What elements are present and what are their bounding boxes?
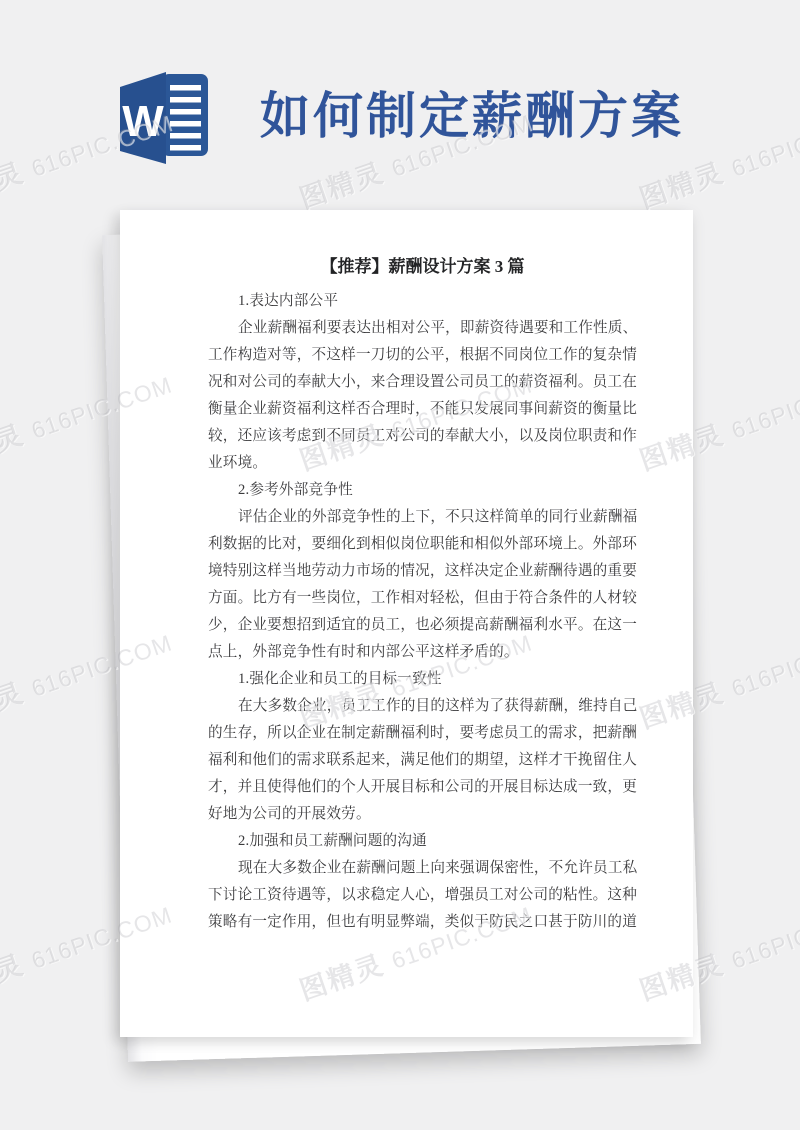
text-line: 方面。比方有一些岗位，工作相对轻松，但由于符合条件的人材较 (208, 585, 637, 612)
text-line: 策略有一定作用，但也有明显弊端，类似于防民之口甚于防川的道 (208, 909, 637, 936)
paper-stack: 【推荐】薪酬设计方案 3 篇 1.表达内部公平企业薪酬福利要表达出相对公平，即薪… (0, 0, 800, 1130)
text-line: 工作构造对等，不这样一刀切的公平，根据不同岗位工作的复杂情 (208, 342, 637, 369)
text-line: 企业薪酬福利要表达出相对公平，即薪资待遇要和工作性质、 (208, 315, 637, 342)
page-background: { "header": { "title": "如何制定薪酬方案", "icon… (0, 0, 800, 1130)
text-line: 福利和他们的需求联系起来，满足他们的期望，这样才干挽留住人 (208, 747, 637, 774)
text-line: 1.强化企业和员工的目标一致性 (208, 666, 637, 693)
text-line: 2.参考外部竞争性 (208, 477, 637, 504)
text-line: 1.表达内部公平 (208, 288, 637, 315)
text-line: 现在大多数企业在薪酬问题上向来强调保密性，不允许员工私 (208, 855, 637, 882)
text-line: 在大多数企业，员工工作的目的这样为了获得薪酬，维持自己 (208, 693, 637, 720)
text-line: 少，企业要想招到适宜的员工，也必须提高薪酬福利水平。在这一 (208, 612, 637, 639)
document-body: 1.表达内部公平企业薪酬福利要表达出相对公平，即薪资待遇要和工作性质、工作构造对… (208, 288, 637, 936)
text-line: 好地为公司的开展效劳。 (208, 801, 637, 828)
text-line: 境特别这样当地劳动力市场的情况，这样决定企业薪酬待遇的重要 (208, 558, 637, 585)
document-heading: 【推荐】薪酬设计方案 3 篇 (208, 252, 637, 282)
text-line: 较，还应该考虑到不同员工对公司的奉献大小，以及岗位职责和作 (208, 423, 637, 450)
text-line: 业环境。 (208, 450, 637, 477)
text-line: 下讨论工资待遇等，以求稳定人心，增强员工对公司的粘性。这种 (208, 882, 637, 909)
text-line: 才，并且使得他们的个人开展目标和公司的开展目标达成一致，更 (208, 774, 637, 801)
text-line: 评估企业的外部竞争性的上下，不只这样简单的同行业薪酬福 (208, 504, 637, 531)
text-line: 利数据的比对，要细化到相似岗位职能和相似外部环境上。外部环 (208, 531, 637, 558)
text-line: 况和对公司的奉献大小，来合理设置公司员工的薪资福利。员工在 (208, 369, 637, 396)
paper-sheet: 【推荐】薪酬设计方案 3 篇 1.表达内部公平企业薪酬福利要表达出相对公平，即薪… (120, 210, 693, 1037)
text-line: 衡量企业薪资福利这样否合理时，不能只发展同事间薪资的衡量比 (208, 396, 637, 423)
text-line: 的生存，所以企业在制定薪酬福利时，要考虑员工的需求，把薪酬 (208, 720, 637, 747)
text-line: 点上，外部竞争性有时和内部公平这样矛盾的。 (208, 639, 637, 666)
text-line: 2.加强和员工薪酬问题的沟通 (208, 828, 637, 855)
